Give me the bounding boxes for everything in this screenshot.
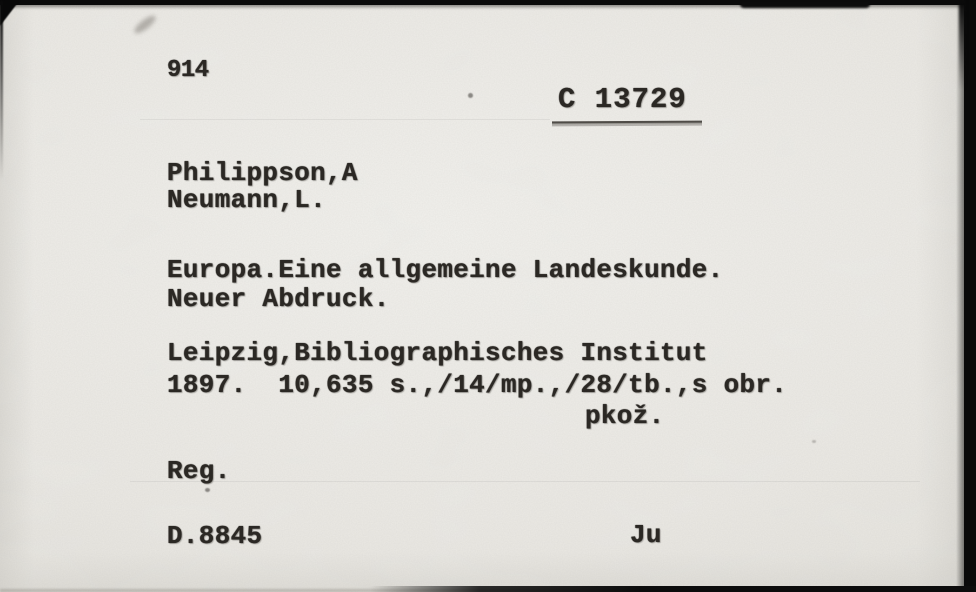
title-line-1: Europa.Eine allgemeine Landeskunde. <box>167 257 724 284</box>
register-note: Reg. <box>167 458 231 485</box>
photo-edge-bottom <box>370 586 976 592</box>
ink-smudge <box>132 13 158 36</box>
ink-speck-3 <box>812 440 816 443</box>
ink-speck-1 <box>468 93 473 98</box>
imprint-line-2: 1897. 10,635 s.,/14/mp.,/28/tb.,s obr. <box>167 372 787 399</box>
photo-edge-top-bump <box>740 0 870 8</box>
accession-number: D.8845 <box>167 523 262 550</box>
author-line-1: Philippson,A <box>167 160 358 187</box>
pencil-guideline-bottom <box>130 481 920 482</box>
author-line-2: Neumann,L. <box>167 187 326 214</box>
photo-corner-top-left <box>0 0 20 26</box>
paper-texture <box>0 0 976 592</box>
pencil-guideline-top <box>140 119 550 120</box>
imprint-line-3: pkož. <box>585 403 665 430</box>
call-number: C 13729 <box>558 86 687 113</box>
classification-number: 914 <box>167 57 209 84</box>
imprint-line-1: Leipzig,Bibliographisches Institut <box>167 340 708 367</box>
photo-edge-right-taper <box>959 0 966 90</box>
title-line-2: Neuer Abdruck. <box>167 286 390 313</box>
catalog-card-photo: 914 C 13729 Philippson,A Neumann,L. Euro… <box>0 0 976 592</box>
photo-edge-left <box>0 0 3 180</box>
call-number-underline <box>552 121 702 124</box>
ink-speck-2 <box>205 488 210 492</box>
cataloguer-mark: Ju <box>630 522 662 549</box>
